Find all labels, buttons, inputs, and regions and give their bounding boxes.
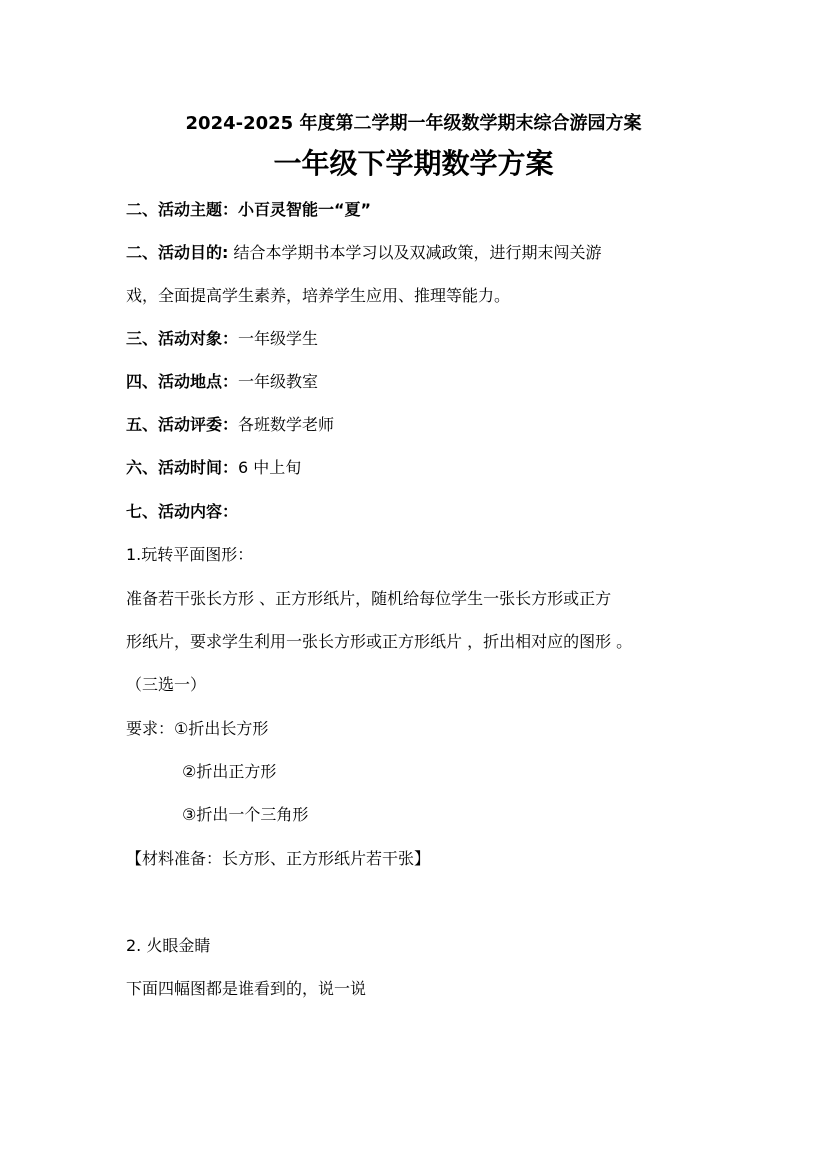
section-label: 七、活动内容：: [126, 502, 238, 521]
section-value: 一年级学生: [238, 329, 318, 348]
activity1-desc-line1: 准备若干张长方形 、正方形纸片，随机给每位学生一张长方形或正方: [126, 589, 611, 609]
section-value: 小百灵智能一“夏”: [238, 200, 371, 219]
section-value: 各班数学老师: [238, 415, 334, 434]
section-label: 二、活动目的:: [126, 243, 228, 262]
section-purpose-continuation: 戏，全面提高学生素养，培养学生应用、推理等能力。: [126, 286, 510, 306]
activity1-choice-note: （三选一）: [126, 675, 206, 695]
section-label: 三、活动对象：: [126, 329, 238, 348]
requirement-item: ①折出长方形: [174, 719, 268, 738]
section-label: 二、活动主题：: [126, 200, 238, 219]
section-target: 三、活动对象：一年级学生: [126, 329, 318, 349]
requirement-label: 要求：: [126, 719, 174, 738]
section-value: 一年级教室: [238, 372, 318, 391]
section-judges: 五、活动评委：各班数学老师: [126, 415, 334, 435]
document-subtitle: 一年级下学期数学方案: [0, 146, 827, 182]
section-time: 六、活动时间：6 中上旬: [126, 458, 301, 478]
section-label: 六、活动时间：: [126, 458, 238, 477]
activity1-heading: 1.玩转平面图形：: [126, 545, 253, 565]
activity1-requirement-3: ③折出一个三角形: [182, 805, 308, 825]
activity1-requirement-1: 要求：①折出长方形: [126, 719, 268, 739]
document-title: 2024-2025 年度第二学期一年级数学期末综合游园方案: [0, 112, 827, 136]
activity2-desc: 下面四幅图都是谁看到的，说一说: [126, 979, 366, 999]
activity1-desc-line2: 形纸片，要求学生利用一张长方形或正方形纸片 ，折出相对应的图形 。: [126, 632, 632, 652]
section-value: 结合本学期书本学习以及双减政策，进行期末闯关游: [228, 243, 601, 262]
activity2-heading: 2. 火眼金睛: [126, 936, 210, 956]
section-purpose: 二、活动目的: 结合本学期书本学习以及双减政策，进行期末闯关游: [126, 243, 602, 263]
document-page: 2024-2025 年度第二学期一年级数学期末综合游园方案 一年级下学期数学方案…: [0, 0, 827, 1170]
section-theme: 二、活动主题：小百灵智能一“夏”: [126, 200, 371, 220]
section-content: 七、活动内容：: [126, 502, 238, 522]
activity1-materials: 【材料准备：长方形、正方形纸片若干张】: [126, 849, 430, 869]
section-label: 四、活动地点：: [126, 372, 238, 391]
activity1-requirement-2: ②折出正方形: [182, 762, 276, 782]
section-location: 四、活动地点：一年级教室: [126, 372, 318, 392]
section-value: 6 中上旬: [238, 458, 301, 477]
section-label: 五、活动评委：: [126, 415, 238, 434]
